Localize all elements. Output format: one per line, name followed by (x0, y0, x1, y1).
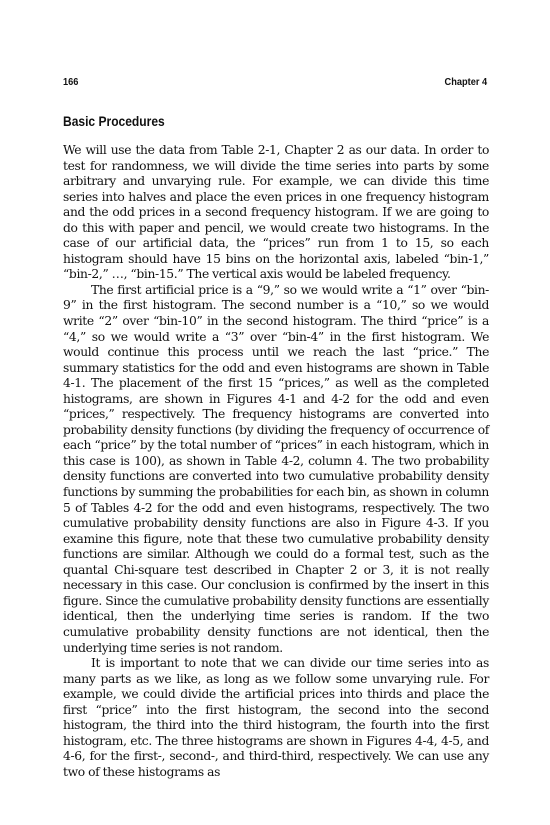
section-heading: Basic Procedures (63, 113, 165, 129)
paragraph-2: The first artificial price is a “9,” so … (63, 283, 489, 656)
paragraph-3: It is important to note that we can divi… (63, 656, 489, 780)
running-head: 166 Chapter 4 (63, 76, 438, 92)
page-number: 166 (63, 76, 78, 88)
body-text: We will use the data from Table 2-1, Cha… (63, 143, 489, 780)
chapter-label: Chapter 4 (445, 76, 488, 88)
paragraph-1: We will use the data from Table 2-1, Cha… (63, 143, 489, 283)
